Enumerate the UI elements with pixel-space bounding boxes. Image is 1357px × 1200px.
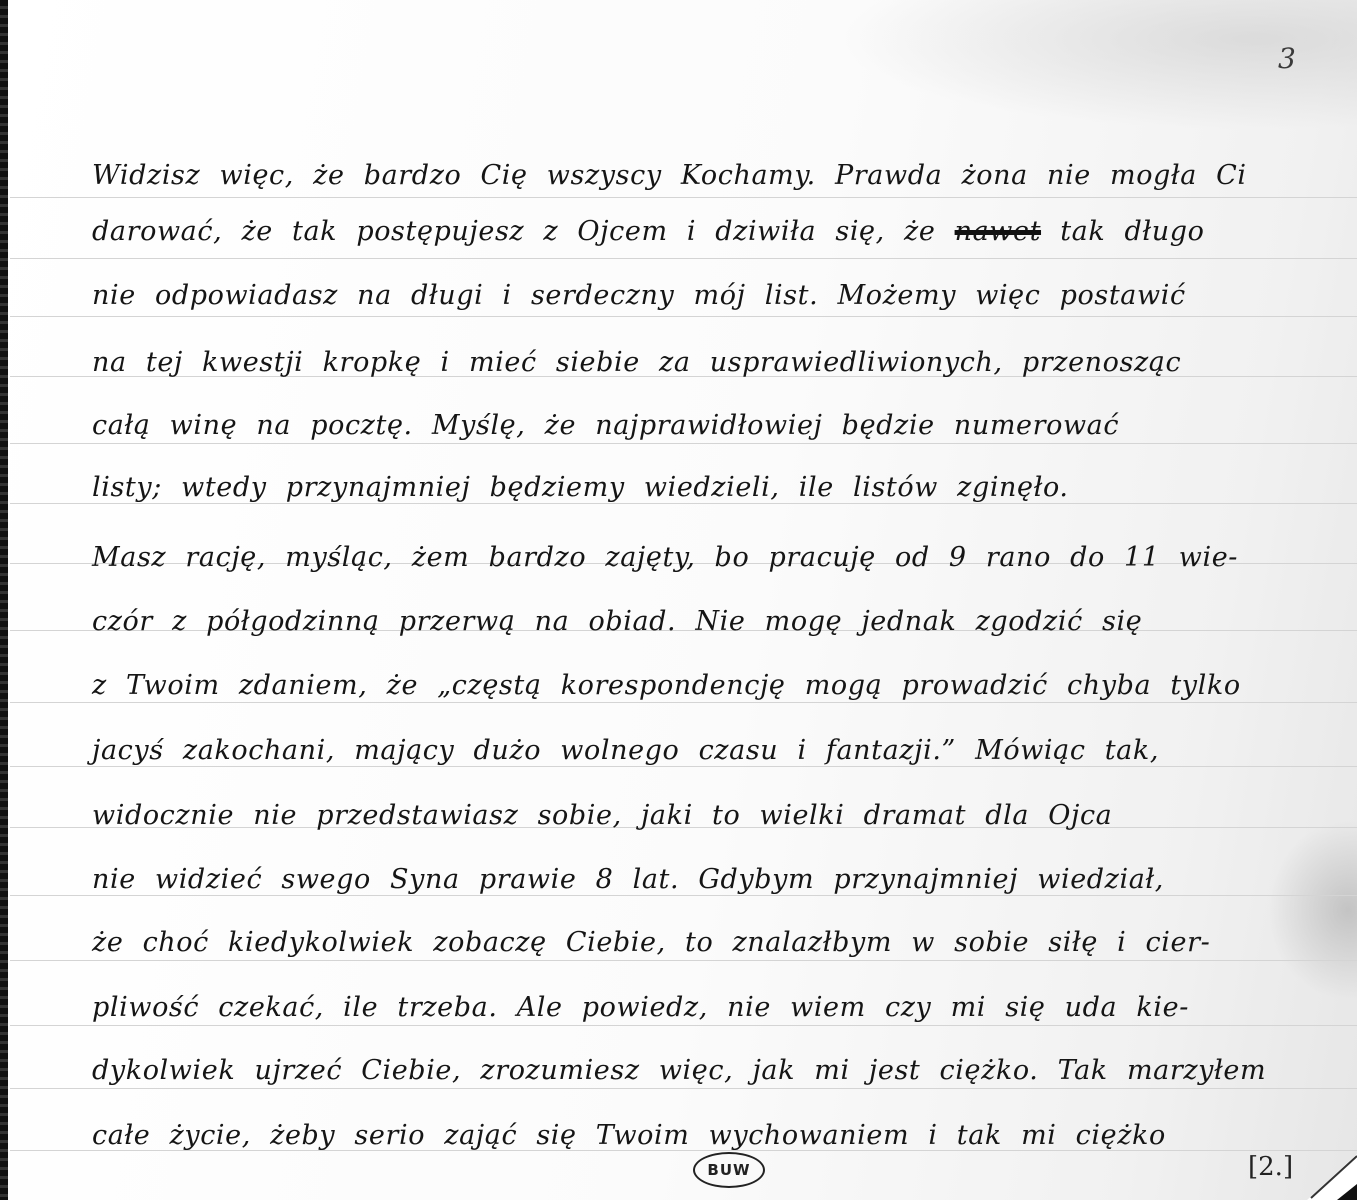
letter-line-2-text: darować, że tak postępujesz z Ojcem i dz… bbox=[92, 216, 935, 247]
letter-line-11: widocznie nie przedstawiasz sobie, jaki … bbox=[92, 798, 1322, 834]
ruled-line bbox=[10, 316, 1357, 317]
letter-line-15: dykolwiek ujrzeć Ciebie, zrozumiesz więc… bbox=[92, 1053, 1322, 1089]
letter-line-8: czór z półgodzinną przerwą na obiad. Nie… bbox=[92, 604, 1322, 640]
letter-line-1: Widzisz więc, że bardzo Cię wszyscy Koch… bbox=[92, 158, 1322, 194]
page-number: 3 bbox=[1278, 42, 1296, 75]
folio-mark: [2.] bbox=[1248, 1152, 1293, 1182]
scan-left-edge bbox=[0, 0, 8, 1200]
letter-line-6: listy; wtedy przynajmniej będziemy wiedz… bbox=[92, 470, 1322, 506]
corner-fold-icon bbox=[1307, 1154, 1357, 1200]
struck-out-word: nawet bbox=[955, 216, 1041, 247]
letter-line-2: darować, że tak postępujesz z Ojcem i dz… bbox=[92, 214, 1322, 250]
scanned-letter-page: 3 Widzisz więc, że bardzo Cię wszyscy Ko… bbox=[0, 0, 1357, 1200]
letter-line-16: całe życie, żeby serio zająć się Twoim w… bbox=[92, 1118, 1322, 1154]
letter-line-14: pliwość czekać, ile trzeba. Ale powiedz,… bbox=[92, 990, 1322, 1026]
letter-line-3: nie odpowiadasz na długi i serdeczny mój… bbox=[92, 278, 1322, 314]
letter-line-10: jacyś zakochani, mający dużo wolnego cza… bbox=[92, 733, 1322, 769]
library-stamp: BUW bbox=[693, 1152, 765, 1188]
letter-line-7: Masz rację, myśląc, żem bardzo zajęty, b… bbox=[92, 540, 1322, 576]
paper-shadow-right bbox=[1267, 820, 1357, 1000]
letter-line-5: całą winę na pocztę. Myślę, że najprawid… bbox=[92, 408, 1322, 444]
ruled-line bbox=[10, 258, 1357, 259]
letter-line-12: nie widzieć swego Syna prawie 8 lat. Gdy… bbox=[92, 862, 1322, 898]
ruled-line bbox=[10, 197, 1357, 198]
letter-line-13: że choć kiedykolwiek zobaczę Ciebie, to … bbox=[92, 925, 1322, 961]
letter-line-9: z Twoim zdaniem, że „częstą korespondenc… bbox=[92, 668, 1322, 704]
letter-line-2-tail: tak długo bbox=[1060, 216, 1204, 247]
letter-line-4: na tej kwestji kropkę i mieć siebie za u… bbox=[92, 345, 1322, 381]
